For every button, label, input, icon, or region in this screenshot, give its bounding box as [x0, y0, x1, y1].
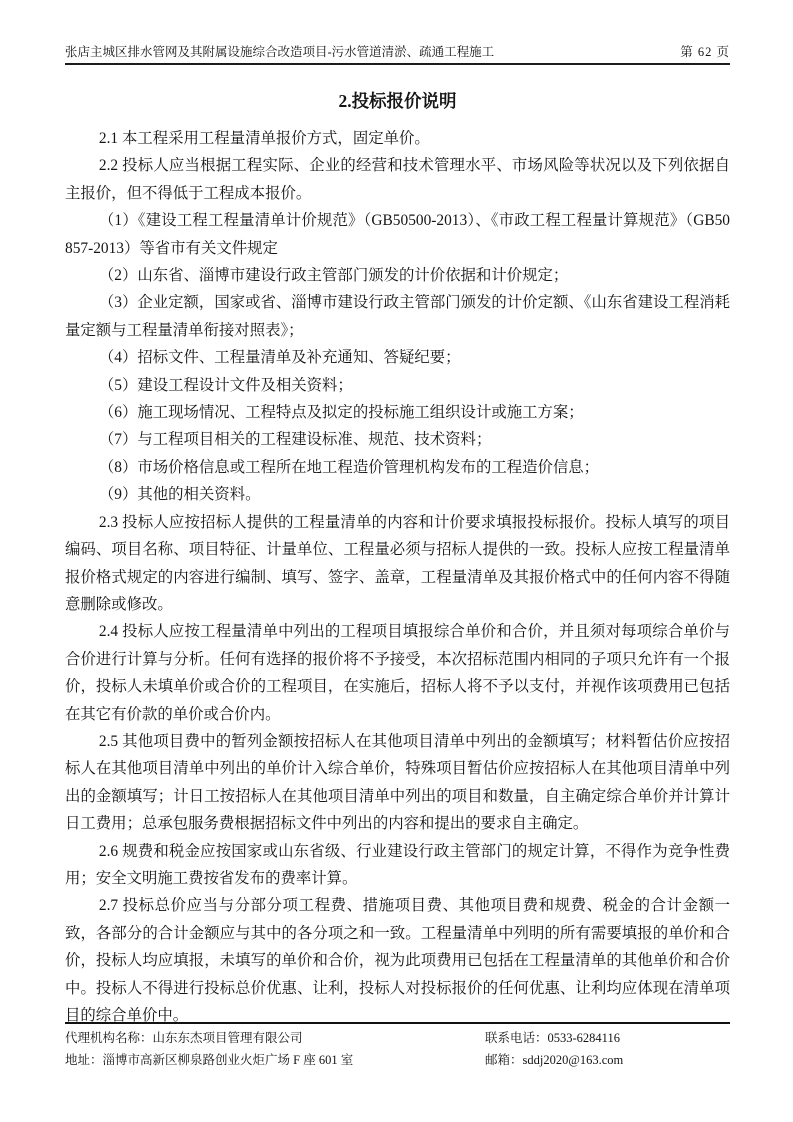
page-footer: 代理机构名称：山东东杰项目管理有限公司 联系电话：0533-6284116 地址… [65, 1022, 730, 1071]
footer-email: 邮箱：sddj2020@163.com [485, 1050, 730, 1072]
document-body: 2.投标报价说明 2.1 本工程采用工程量清单报价方式，固定单价。 2.2 投标… [65, 86, 730, 1029]
list-item-7: （7）与工程项目相关的工程建设标准、规范、技术资料； [65, 426, 730, 453]
list-item-6: （6）施工现场情况、工程特点及拟定的投标施工组织设计或施工方案； [65, 399, 730, 426]
paragraph-2-2: 2.2 投标人应当根据工程实际、企业的经营和技术管理水平、市场风险等状况以及下列… [65, 152, 730, 207]
list-item-4: （4）招标文件、工程量清单及补充通知、答疑纪要； [65, 344, 730, 371]
header-page-number: 第 62 页 [680, 44, 730, 60]
list-item-9: （9）其他的相关资料。 [65, 481, 730, 508]
paragraph-2-7: 2.7 投标总价应当与分部分项工程费、措施项目费、其他项目费和规费、税金的合计金… [65, 892, 730, 1029]
footer-address: 地址：淄博市高新区柳泉路创业火炬广场 F 座 601 室 [65, 1050, 485, 1072]
paragraph-2-5: 2.5 其他项目费中的暂列金额按招标人在其他项目清单中列出的金额填写；材料暂估价… [65, 728, 730, 838]
header-project-title: 张店主城区排水管网及其附属设施综合改造项目-污水管道清淤、疏通工程施工 [65, 44, 494, 60]
paragraph-2-1: 2.1 本工程采用工程量清单报价方式，固定单价。 [65, 125, 730, 152]
paragraph-2-6: 2.6 规费和税金应按国家或山东省级、行业建设行政主管部门的规定计算，不得作为竞… [65, 838, 730, 893]
page-header: 张店主城区排水管网及其附属设施综合改造项目-污水管道清淤、疏通工程施工 第 62… [65, 44, 730, 65]
document-page: 张店主城区排水管网及其附属设施综合改造项目-污水管道清淤、疏通工程施工 第 62… [0, 0, 793, 1122]
list-item-5: （5）建设工程设计文件及相关资料； [65, 372, 730, 399]
footer-agency-name: 代理机构名称：山东东杰项目管理有限公司 [65, 1028, 485, 1050]
footer-row-1: 代理机构名称：山东东杰项目管理有限公司 联系电话：0533-6284116 [65, 1028, 730, 1050]
list-item-1: （1）《建设工程工程量清单计价规范》（GB50500-2013）、《市政工程工程… [65, 207, 730, 262]
list-item-3: （3）企业定额，国家或省、淄博市建设行政主管部门颁发的计价定额、《山东省建设工程… [65, 289, 730, 344]
section-title: 2.投标报价说明 [65, 86, 730, 116]
paragraph-2-3: 2.3 投标人应按招标人提供的工程量清单的内容和计价要求填报投标报价。投标人填写… [65, 509, 730, 619]
footer-phone: 联系电话：0533-6284116 [485, 1028, 730, 1050]
footer-row-2: 地址：淄博市高新区柳泉路创业火炬广场 F 座 601 室 邮箱：sddj2020… [65, 1050, 730, 1072]
paragraph-2-4: 2.4 投标人应按工程量清单中列出的工程项目填报综合单价和合价，并且须对每项综合… [65, 618, 730, 728]
list-item-8: （8）市场价格信息或工程所在地工程造价管理机构发布的工程造价信息； [65, 454, 730, 481]
list-item-2: （2）山东省、淄博市建设行政主管部门颁发的计价依据和计价规定； [65, 262, 730, 289]
